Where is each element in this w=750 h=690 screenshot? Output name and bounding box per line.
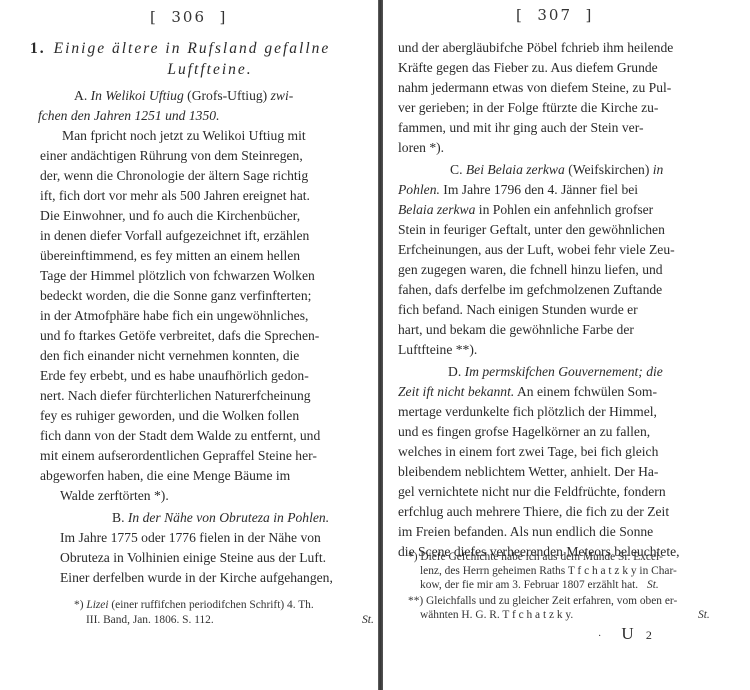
text-line: welches in einem fort zwei Tage, bei fic… [398,442,658,462]
footnote-line-2: III. Band, Jan. 1806. S. 112. [86,613,214,627]
footnote-1-line-3: kow, der fie mir am 3. Februar 1807 erzä… [420,578,659,592]
section-rest: (Weifskirchen) [565,162,653,177]
text-line: ver gerieben; in der Folge ftürzte die K… [398,98,658,118]
footnote-text: (einer ruffifchen periodifchen Schrift) … [111,599,313,611]
section-letter: B. [112,510,124,525]
text-line: hart, und bekam die gewöhnliche Farbe de… [398,320,634,340]
text-line: Walde zerftörten *). [60,486,169,506]
text-line: mertage verdunkelte fich plötzlich der H… [398,402,657,422]
book-gutter [378,0,383,690]
section-d-heading: D. Im permskifchen Gouvernement; die [448,362,663,382]
right-page: [ 307 ] und der abergläubifche Pöbel fch… [384,0,750,690]
footnote-2-line-1: **) Gleichfalls und zu gleicher Zeit erf… [408,594,677,608]
heading-line-1: Einige ältere in Rufsland gefallne [54,40,331,57]
text-line: den fich einander nicht vernehmen konnte… [40,346,299,366]
text-line: Tage der Himmel plötzlich von fchwarzen … [40,266,315,286]
text-line: mit einem aufserordentlichen Gepraffel S… [40,446,317,466]
text-line: bedeckt worden, die die Sonne ganz verfi… [40,286,311,306]
section-a-line-2: fchen den Jahren 1251 und 1350. [38,106,219,126]
left-page: [ 306 ] 1.Einige ältere in Rufsland gefa… [0,0,378,690]
text-line: nahm jedermann etwas von diefem Steine, … [398,78,671,98]
text-line: fahen, dafs derfelbe im gefchmolzenen Zu… [398,280,662,300]
footnote-1-line-2: lenz, des Herrn geheimen Raths T f c h a… [420,564,677,578]
section-tail: zwi- [271,88,294,103]
text-line: fammen, und mit ihr ging auch der Stein … [398,118,643,138]
footnote-signature: St. [698,608,710,622]
text-line: Kräfte gegen das Fieber zu. Aus diefem G… [398,58,658,78]
section-place: In Welikoi Uftiug [91,88,184,103]
text-line: abgeworfen haben, die eine Menge Bäume i… [40,466,290,486]
text-line: Einer derfelben wurde in der Kirche aufg… [60,568,333,588]
footnote-marker: *) [408,551,418,563]
footnote-text: Diefe Gefchichte habe ich aus dem Munde … [420,551,663,563]
chapter-heading: 1.Einige ältere in Rufsland gefallne Luf… [30,38,370,80]
text-line: in denen diefer Vorfall aufgezeichnet if… [40,226,309,246]
signature-number: 2 [646,628,656,642]
text-italic: Zeit ift nicht bekannt. [398,384,514,399]
text-line: Luftfteine **). [398,340,477,360]
heading-line-2: Luftfteine. [30,59,370,80]
text-line: Erde fey erbebt, und es habe unaufhörlic… [40,366,309,386]
footnote-italic: Lizei [86,599,108,611]
section-title: In der Nähe von Obruteza in Pohlen. [128,510,329,525]
text-line: fey es ruhiger geworden, und die Wolken … [40,406,299,426]
text-line: fich dann von der Stadt dem Walde zu ent… [40,426,320,446]
text-line: einer andächtigen Rührung von dem Steinr… [40,146,303,166]
section-c-heading: C. Bei Belaia zerkwa (Weifskirchen) in [450,160,663,180]
section-c-line-2: Pohlen. Im Jahre 1796 den 4. Jänner fiel… [398,180,638,200]
section-letter: A. [74,88,87,103]
footnote-marker: **) [408,595,423,607]
page-number-right: [ 307 ] [516,6,593,24]
text-line: Stein in feuriger Geftalt, unter den gew… [398,220,665,240]
text-line: und fo ftarkes Getöfe verbreitet, dafs d… [40,326,319,346]
text-line: im Freien befanden. Als nun endlich die … [398,522,653,542]
text-line: Obruteza in Volhinien einige Steine aus … [60,548,326,568]
text-line: gen zugegen waren, die fchnell hinzu lie… [398,260,663,280]
text-roman: in Pohlen ein anfehnlich grofser [475,202,653,217]
text-line: und der abergläubifche Pöbel fchrieb ihm… [398,38,673,58]
text-line: und es fingen grofse Hagelkörner an zu f… [398,422,650,442]
signature-dot: · [598,631,605,642]
text-line: gel vernichtete nicht nur die Feldfrücht… [398,482,666,502]
text-roman: An einem fchwülen Som- [514,384,657,399]
section-rest: (Grofs-Uftiug) [184,88,271,103]
footnote-1-line-1: *) Diefe Gefchichte habe ich aus dem Mun… [408,550,663,564]
section-title: Im permskifchen Gouvernement; die [465,364,663,379]
text-line: bleibendem neblichtem Wetter, anhielt. D… [398,462,658,482]
text-line: fich befand. Nach einigen Stunden wurde … [398,300,638,320]
text-italic: Belaia zerkwa [398,202,475,217]
text-line: loren *). [398,138,444,158]
section-c-line-3: Belaia zerkwa in Pohlen ein anfehnlich g… [398,200,653,220]
footnote-text: kow, der fie mir am 3. Februar 1807 erzä… [420,579,638,591]
section-place: Bei Belaia zerkwa [466,162,565,177]
signature-mark: ·U 2 [598,624,656,644]
text-line: ift, fich dort vor mehr als 500 Jahren e… [40,186,310,206]
text-line: nert. Nach diefer fürchterlichen Naturer… [40,386,311,406]
text-line: Im Jahre 1775 oder 1776 fielen in der Nä… [60,528,321,548]
footnote-signature: St. [647,579,659,591]
text-roman: Im Jahre 1796 den 4. Jänner fiel bei [440,182,638,197]
section-tail: in [653,162,664,177]
text-line: Die Einwohner, und fo auch die Kirchenbü… [40,206,300,226]
text-italic: Pohlen. [398,182,440,197]
section-d-line-2: Zeit ift nicht bekannt. An einem fchwüle… [398,382,657,402]
text-line: übereinftimmend, es fey mitten an einem … [40,246,300,266]
section-b-heading: B. In der Nähe von Obruteza in Pohlen. [112,508,329,528]
text-line: in der Atmofphäre habe fich ein ungewöhn… [40,306,308,326]
section-a-heading: A. In Welikoi Uftiug (Grofs-Uftiug) zwi- [74,86,293,106]
page-number-left: [ 306 ] [150,8,227,26]
footnote-text: Gleichfalls und zu gleicher Zeit erfahre… [426,595,677,607]
footnote-marker: *) [74,599,84,611]
footnote-line-1: *) Lizei (einer ruffifchen periodifchen … [74,598,314,612]
text-line: Erfcheinungen, aus der Luft, wobei fehr … [398,240,675,260]
footnote-signature: St. [362,614,374,626]
signature-letter: U [621,624,637,643]
text-line: erfchlug auch mehrere Thiere, die fich z… [398,502,669,522]
footnote-2-line-2: wähnten H. G. R. T f c h a t z k y. [420,608,573,622]
section-letter: C. [450,162,462,177]
section-letter: D. [448,364,461,379]
heading-number: 1. [30,40,46,57]
text-line: Man fpricht noch jetzt zu Welikoi Uftiug… [62,126,306,146]
text-line: der, wenn die Chronologie der ältern Sag… [40,166,308,186]
